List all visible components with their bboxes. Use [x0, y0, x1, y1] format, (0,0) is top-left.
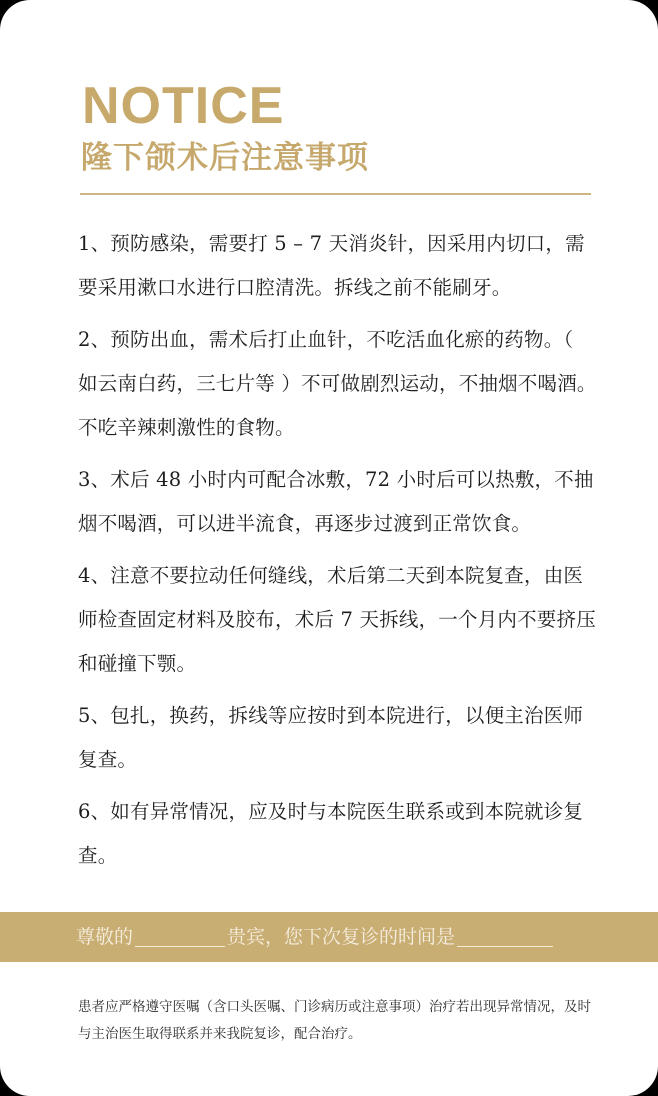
title-chinese: 隆下颌术后注意事项 — [81, 138, 369, 178]
title-divider — [80, 193, 591, 195]
notice-item-4: 4、注意不要拉动任何缝线，术后第二天到本院复查，由医师检查固定材料及胶布，术后 … — [78, 554, 598, 686]
notice-card: NOTICE 隆下颌术后注意事项 1、预防感染，需要打 5 – 7 天消炎针，因… — [0, 0, 658, 1096]
banner-next-visit-label: 贵宾，您下次复诊的时间是 — [227, 926, 455, 948]
next-visit-time-blank[interactable] — [457, 945, 553, 947]
revisit-sentence: 尊敬的贵宾，您下次复诊的时间是 — [76, 924, 555, 950]
banner-greeting: 尊敬的 — [76, 926, 133, 948]
notice-item-5: 5、包扎，换药，拆线等应按时到本院进行，以便主治医师复查。 — [78, 694, 598, 782]
notice-list: 1、预防感染，需要打 5 – 7 天消炎针，因采用内切口，需要采用漱口水进行口腔… — [78, 222, 598, 886]
footnote: 患者应严格遵守医嘱（含口头医嘱、门诊病历或注意事项）治疗若出现异常情况，及时与主… — [78, 994, 598, 1048]
title-english: NOTICE — [82, 78, 284, 134]
guest-name-blank[interactable] — [135, 945, 225, 947]
notice-item-6: 6、如有异常情况，应及时与本院医生联系或到本院就诊复查。 — [78, 790, 598, 878]
notice-item-1: 1、预防感染，需要打 5 – 7 天消炎针，因采用内切口，需要采用漱口水进行口腔… — [78, 222, 598, 310]
notice-item-3: 3、术后 48 小时内可配合冰敷，72 小时后可以热敷，不抽烟不喝酒，可以进半流… — [78, 458, 598, 546]
revisit-banner: 尊敬的贵宾，您下次复诊的时间是 — [0, 912, 658, 962]
notice-item-2: 2、预防出血，需术后打止血针，不吃活血化瘀的药物。（ 如云南白药，三七片等 ）不… — [78, 318, 598, 450]
